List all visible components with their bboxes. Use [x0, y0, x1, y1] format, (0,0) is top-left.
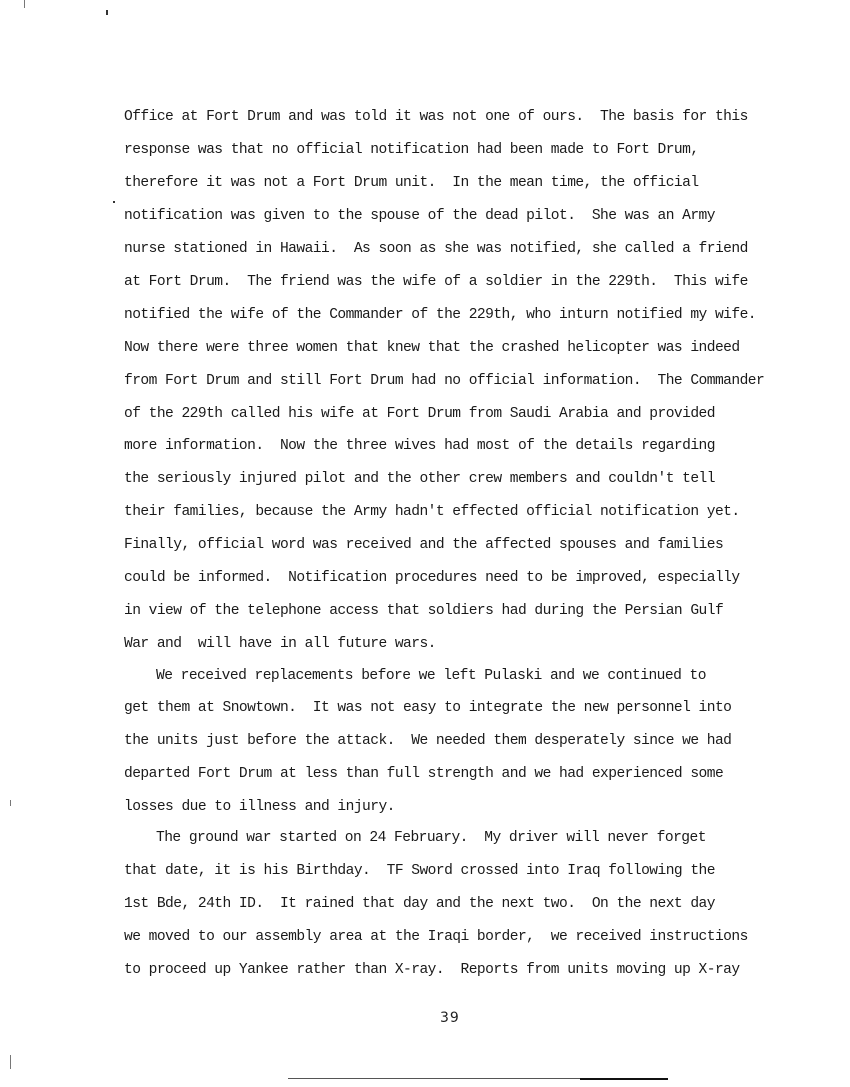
text-line: get them at Snowtown. It was not easy to… — [124, 699, 731, 717]
text-line: that date, it is his Birthday. TF Sword … — [124, 862, 715, 880]
text-line: The ground war started on 24 February. M… — [156, 829, 706, 847]
text-line: in view of the telephone access that sol… — [124, 602, 723, 620]
text-line: of the 229th called his wife at Fort Dru… — [124, 405, 715, 423]
text-line: we moved to our assembly area at the Ira… — [124, 928, 748, 946]
document-page: Office at Fort Drum and was told it was … — [0, 0, 850, 1087]
text-line: 1st Bde, 24th ID. It rained that day and… — [124, 895, 715, 913]
text-line: War and will have in all future wars. — [124, 635, 436, 653]
scan-margin-mark — [24, 0, 25, 8]
text-line: their families, because the Army hadn't … — [124, 503, 740, 521]
bottom-rule-thick — [580, 1078, 668, 1080]
scan-margin-mark — [113, 201, 115, 203]
text-line: at Fort Drum. The friend was the wife of… — [124, 273, 748, 291]
scan-margin-mark — [10, 800, 11, 806]
text-line: Now there were three women that knew tha… — [124, 339, 740, 357]
text-line: notified the wife of the Commander of th… — [124, 306, 756, 324]
text-line: could be informed. Notification procedur… — [124, 569, 740, 587]
text-line: to proceed up Yankee rather than X-ray. … — [124, 961, 740, 979]
text-line: losses due to illness and injury. — [124, 798, 395, 816]
text-line: the seriously injured pilot and the othe… — [124, 470, 715, 488]
text-line: Finally, official word was received and … — [124, 536, 723, 554]
text-line: from Fort Drum and still Fort Drum had n… — [124, 372, 764, 390]
text-line: response was that no official notificati… — [124, 141, 699, 159]
text-line: nurse stationed in Hawaii. As soon as sh… — [124, 240, 748, 258]
text-line: more information. Now the three wives ha… — [124, 437, 715, 455]
text-line: notification was given to the spouse of … — [124, 207, 715, 225]
text-line: departed Fort Drum at less than full str… — [124, 765, 723, 783]
scan-margin-mark — [106, 10, 108, 15]
text-line: Office at Fort Drum and was told it was … — [124, 108, 748, 126]
text-line: We received replacements before we left … — [156, 667, 706, 685]
page-number: 39 — [440, 1010, 460, 1026]
scan-margin-mark — [10, 1055, 11, 1069]
text-line: the units just before the attack. We nee… — [124, 732, 731, 750]
text-line: therefore it was not a Fort Drum unit. I… — [124, 174, 699, 192]
